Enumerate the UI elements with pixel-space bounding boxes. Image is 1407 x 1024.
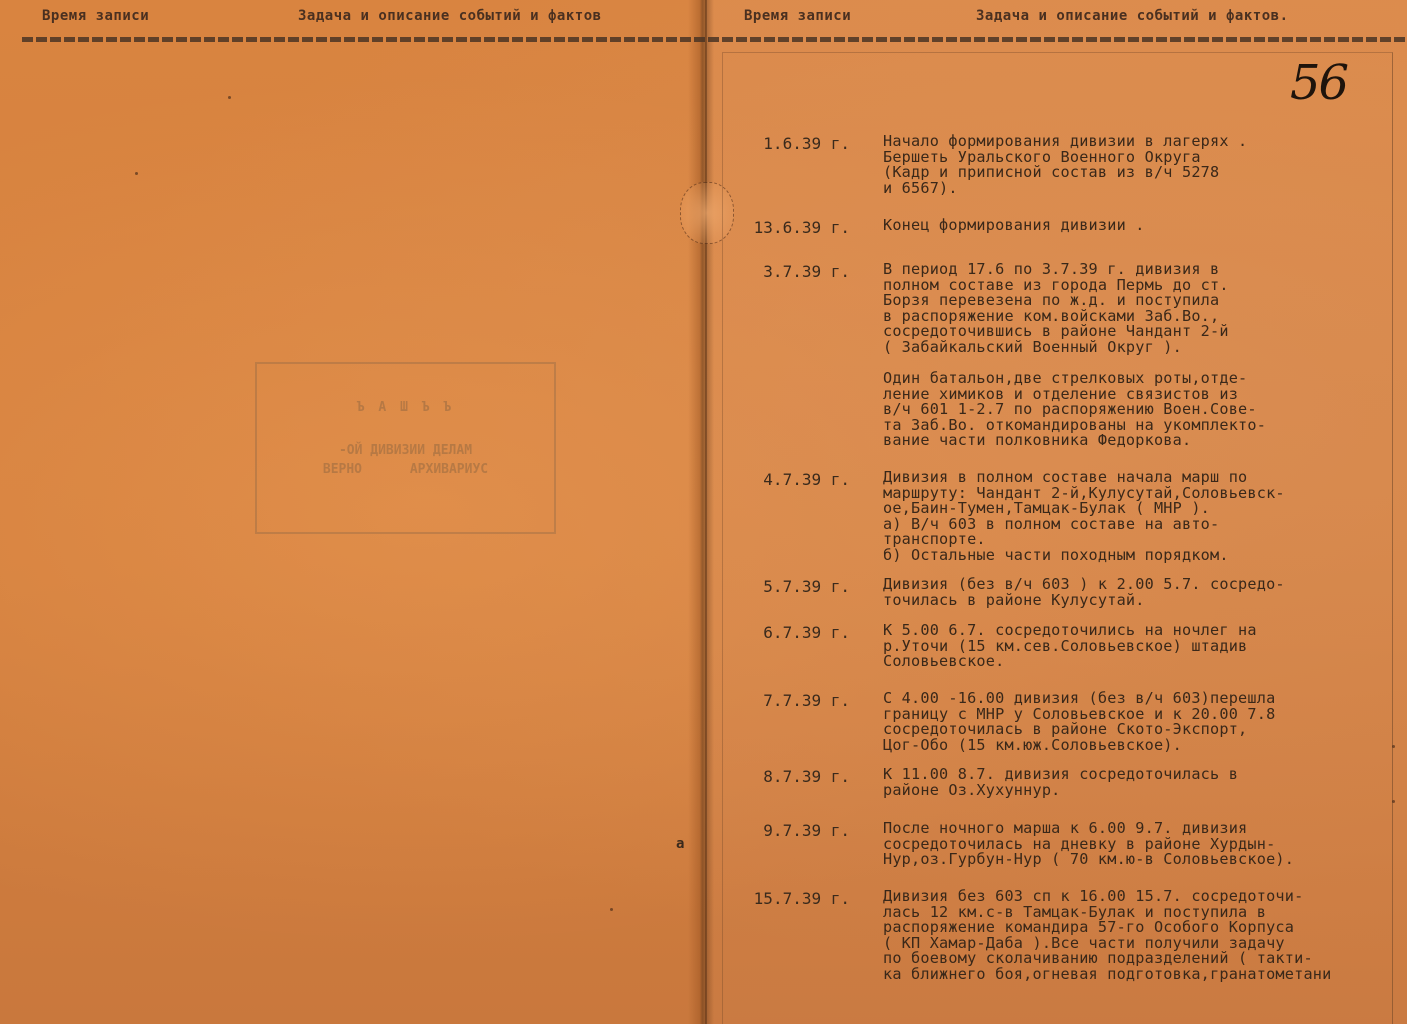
entry-text: Начало формирования дивизии в лагерях . … [883, 134, 1353, 196]
entry-text: С 4.00 -16.00 дивизия (без в/ч 603)переш… [883, 691, 1353, 753]
entry-text: Конец формирования дивизии . [883, 218, 1353, 234]
right-header-time-column: Время записи [744, 8, 851, 24]
paper-speck [610, 908, 613, 911]
left-page: Время записи Задача и описание событий и… [0, 0, 700, 1024]
entry-date: 3.7.39 г. [740, 262, 850, 281]
entry-date: 7.7.39 г. [740, 691, 850, 710]
left-header-time-column: Время записи [42, 8, 149, 24]
entry-text: К 11.00 8.7. дивизия сосредоточилась в р… [883, 767, 1353, 798]
entry-date: 15.7.39 г. [740, 889, 850, 908]
header-dashed-rule [22, 37, 1407, 42]
stamp-line-2: -ОЙ ДИВИЗИИ ДЕЛАМ [257, 443, 554, 458]
left-header-task-column: Задача и описание событий и фактов [298, 8, 602, 24]
entry-text: Дивизия в полном составе начала марш по … [883, 470, 1353, 563]
paper-speck [1392, 800, 1395, 803]
paper-speck [228, 96, 231, 99]
right-header-task-column: Задача и описание событий и фактов. [976, 8, 1289, 24]
entry-date: 1.6.39 г. [740, 134, 850, 153]
entry-date: 13.6.39 г. [740, 218, 850, 237]
entry-date: 5.7.39 г. [740, 577, 850, 596]
document-spread: Время записи Задача и описание событий и… [0, 0, 1407, 1024]
binding-gutter [688, 0, 714, 1024]
entry-date: 4.7.39 г. [740, 470, 850, 489]
entry-text: Один батальон,две стрелковых роты,отде- … [883, 371, 1353, 449]
entry-text: К 5.00 6.7. сосредоточились на ночлег на… [883, 623, 1353, 670]
paper-speck [1392, 745, 1395, 748]
folio-number: 56 [1290, 55, 1347, 111]
binding-line [705, 0, 707, 1024]
entry-date: 6.7.39 г. [740, 623, 850, 642]
paper-speck [135, 172, 138, 175]
entry-text: В период 17.6 по 3.7.39 г. дивизия в пол… [883, 262, 1353, 355]
margin-mark: а [676, 836, 684, 852]
entry-date: 9.7.39 г. [740, 821, 850, 840]
right-header: Время записи Задача и описание событий и… [706, 8, 1407, 30]
stamp-line-1: Ъ А Ш Ъ Ъ [257, 400, 554, 415]
archive-stamp: Ъ А Ш Ъ Ъ -ОЙ ДИВИЗИИ ДЕЛАМ ВЕРНО АРХИВА… [255, 362, 556, 534]
entry-text: Дивизия без 603 сп к 16.00 15.7. сосредо… [883, 889, 1353, 982]
stamp-line-3: ВЕРНО АРХИВАРИУС [257, 462, 554, 477]
left-header: Время записи Задача и описание событий и… [0, 8, 700, 30]
entry-text: После ночного марша к 6.00 9.7. дивизия … [883, 821, 1353, 868]
entry-date: 8.7.39 г. [740, 767, 850, 786]
entry-text: Дивизия (без в/ч 603 ) к 2.00 5.7. сосре… [883, 577, 1353, 608]
